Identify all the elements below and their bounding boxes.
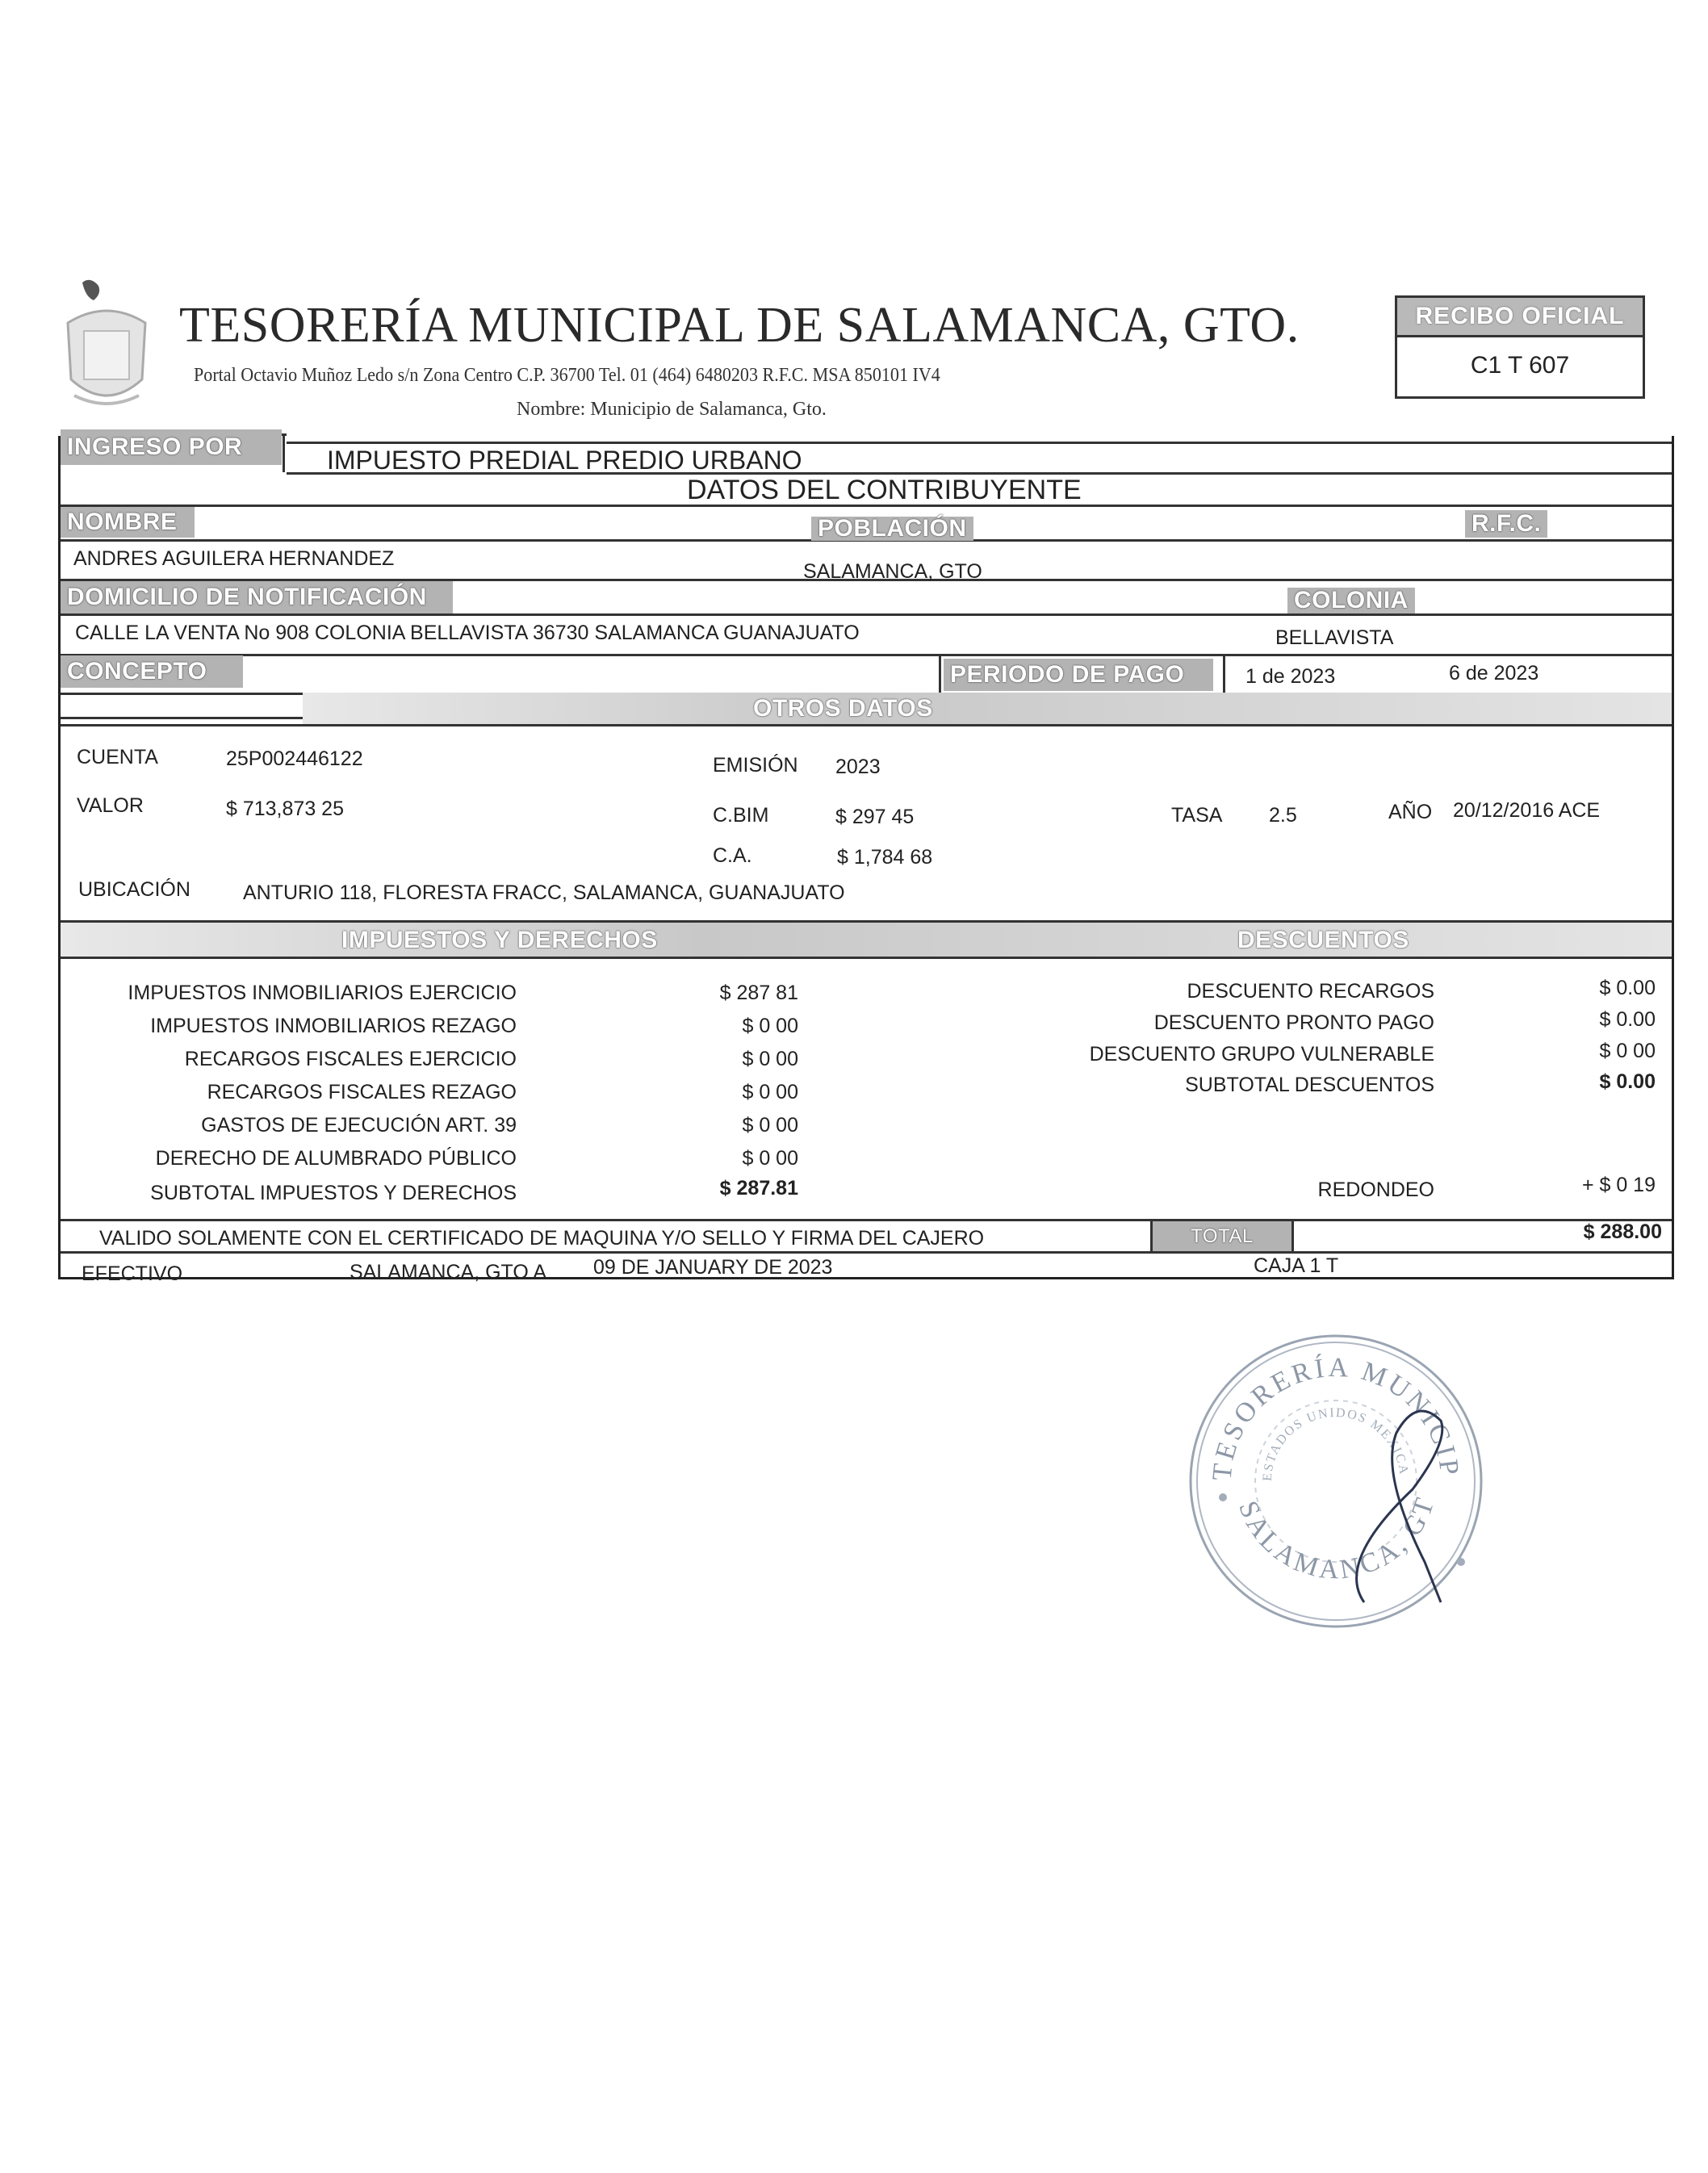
cuenta-value: 25P002446122 [226,747,363,771]
emision-value: 2023 [835,756,881,779]
valor-value: $ 713,873 25 [226,798,344,821]
treasury-address: Portal Octavio Muñoz Ledo s/n Zona Centr… [194,365,940,387]
receipt-number-box: RECIBO OFICIAL C1 T 607 [1395,295,1645,399]
descuentos-subtotal-value: $ 0.00 [1530,1070,1656,1094]
impuesto-label: IMPUESTOS INMOBILIARIOS REZAGO [61,1015,517,1038]
receipt-label: RECIBO OFICIAL [1397,298,1643,337]
domicilio-label: DOMICILIO DE NOTIFICACIÓN [61,581,453,613]
periodo-desde: 1 de 2023 [1245,665,1335,689]
impuesto-amount: $ 0 00 [626,1015,798,1038]
descuento-amount: $ 0 00 [1530,1040,1656,1063]
anio-value: 20/12/2016 ACE [1453,799,1600,823]
colonia-value: BELLAVISTA [1275,626,1393,650]
descuento-label: DESCUENTO GRUPO VULNERABLE [948,1043,1434,1066]
impuestos-subtotal-label: SUBTOTAL IMPUESTOS Y DERECHOS [61,1182,517,1205]
cbim-label: C.BIM [713,804,768,827]
payment-date: 09 DE JANUARY DE 2023 [593,1256,832,1279]
impuesto-label: DERECHO DE ALUMBRADO PÚBLICO [61,1147,517,1170]
otros-datos-band [303,693,1672,724]
municipal-crest-icon [50,274,163,412]
descuentos-section-title: DESCUENTOS [1231,925,1416,956]
payment-method: EFECTIVO [82,1262,182,1286]
rfc-label: R.F.C. [1465,510,1547,538]
periodo-hasta: 6 de 2023 [1449,662,1538,685]
concepto-label: CONCEPTO [61,655,243,688]
ingreso-por-value: IMPUESTO PREDIAL PREDIO URBANO [327,446,802,475]
tasa-label: TASA [1171,804,1222,827]
poblacion-label: POBLACIÓN [811,517,973,541]
impuesto-amount: $ 0 00 [626,1114,798,1137]
impuesto-amount: $ 287 81 [626,982,798,1005]
ubicacion-value: ANTURIO 118, FLORESTA FRACC, SALAMANCA, … [243,881,845,905]
impuesto-amount: $ 0 00 [626,1081,798,1104]
tasa-value: 2.5 [1269,804,1297,827]
impuestos-descuentos-band [61,923,1672,957]
validity-note: VALIDO SOLAMENTE CON EL CERTIFICADO DE M… [99,1227,984,1250]
anio-label: AÑO [1388,801,1432,824]
descuento-label: DESCUENTO PRONTO PAGO [948,1011,1434,1035]
periodo-pago-label: PERIODO DE PAGO [944,659,1213,691]
official-stamp-icon: TESORERÍA MUNICIPAL SALAMANCA, GTO. ESTA… [1174,1320,1497,1643]
cbim-value: $ 297 45 [835,806,914,829]
impuesto-label: RECARGOS FISCALES EJERCICIO [61,1048,517,1071]
impuesto-label: GASTOS DE EJECUCIÓN ART. 39 [61,1114,517,1137]
impuesto-amount: $ 0 00 [626,1048,798,1071]
ca-value: $ 1,784 68 [837,846,932,869]
otros-datos-title: OTROS DATOS [747,694,940,723]
ubicacion-label: UBICACIÓN [78,878,190,902]
domicilio-value: CALLE LA VENTA No 908 COLONIA BELLAVISTA… [75,622,860,645]
svg-text:ESTADOS UNIDOS MEXICANOS: ESTADOS UNIDOS MEXICANOS [1174,1320,1411,1481]
emision-label: EMISIÓN [713,754,798,777]
descuentos-subtotal-label: SUBTOTAL DESCUENTOS [948,1074,1434,1097]
descuento-label: DESCUENTO RECARGOS [948,980,1434,1003]
cuenta-label: CUENTA [77,746,158,769]
descuento-amount: $ 0.00 [1530,1008,1656,1032]
receipt-number: C1 T 607 [1397,337,1643,394]
treasury-title: TESORERÍA MUNICIPAL DE SALAMANCA, GTO. [179,297,1300,354]
contribuyente-section-title: DATOS DEL CONTRIBUYENTE [687,475,1082,506]
impuesto-label: RECARGOS FISCALES REZAGO [61,1081,517,1104]
impuestos-section-title: IMPUESTOS Y DERECHOS [335,925,664,956]
treasury-name-line: Nombre: Municipio de Salamanca, Gto. [517,399,827,421]
place-prefix: SALAMANCA, GTO A [350,1261,546,1284]
impuestos-subtotal-value: $ 287.81 [626,1177,798,1200]
nombre-label: NOMBRE [61,507,195,538]
valor-label: VALOR [77,794,144,818]
redondeo-label: REDONDEO [948,1179,1434,1202]
total-label: TOTAL [1153,1221,1291,1251]
nombre-value: ANDRES AGUILERA HERNANDEZ [73,547,394,571]
redondeo-value: + $ 0 19 [1530,1174,1656,1197]
poblacion-value: SALAMANCA, GTO [803,560,982,584]
total-value: $ 288.00 [1530,1220,1662,1244]
receipt-form: INGRESO POR IMPUESTO PREDIAL PREDIO URBA… [58,436,1674,1279]
ca-label: C.A. [713,844,752,868]
impuesto-label: IMPUESTOS INMOBILIARIOS EJERCICIO [61,982,517,1005]
ingreso-por-label: INGRESO POR [61,429,282,465]
descuento-amount: $ 0.00 [1530,977,1656,1000]
caja-value: CAJA 1 T [1254,1254,1338,1278]
impuesto-amount: $ 0 00 [626,1147,798,1170]
colonia-label: COLONIA [1287,588,1415,613]
